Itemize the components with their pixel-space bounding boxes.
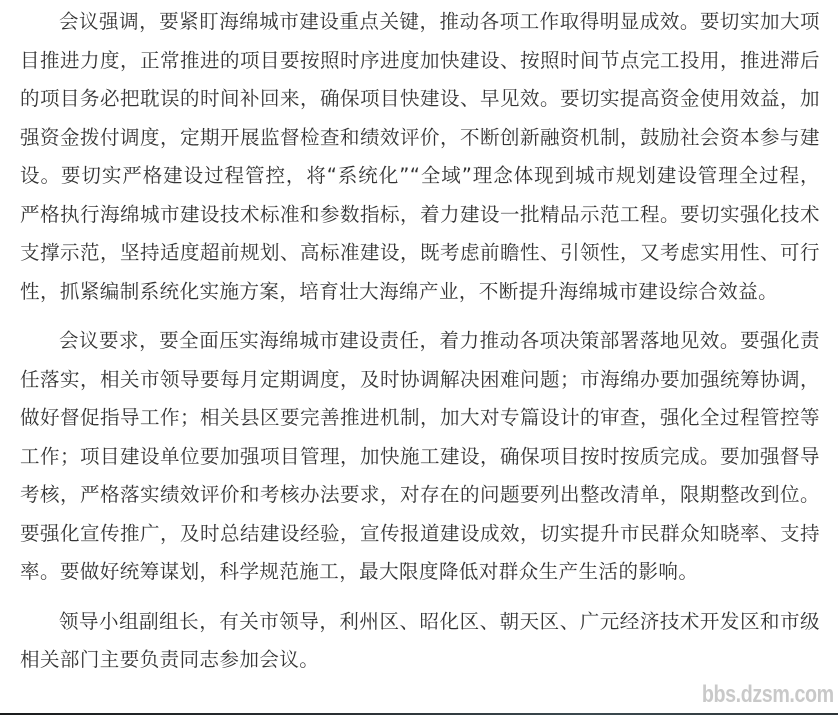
paragraph-meeting-emphasis: 会议强调，要紧盯海绵城市建设重点关键，推动各项工作取得明显成效。要切实加大项目推… [20, 3, 820, 311]
site-watermark: bbs.dzsm.com [702, 681, 834, 709]
paragraph-attendees: 领导小组副组长，有关市领导，利州区、昭化区、朝天区、广元经济技术开发区和市级相关… [20, 603, 820, 680]
article-body: 会议强调，要紧盯海绵城市建设重点关键，推动各项工作取得明显成效。要切实加大项目推… [20, 3, 820, 691]
paragraph-meeting-requirements: 会议要求，要全面压实海绵城市建设责任，着力推动各项决策部署落地见效。要强化责任落… [20, 322, 820, 592]
